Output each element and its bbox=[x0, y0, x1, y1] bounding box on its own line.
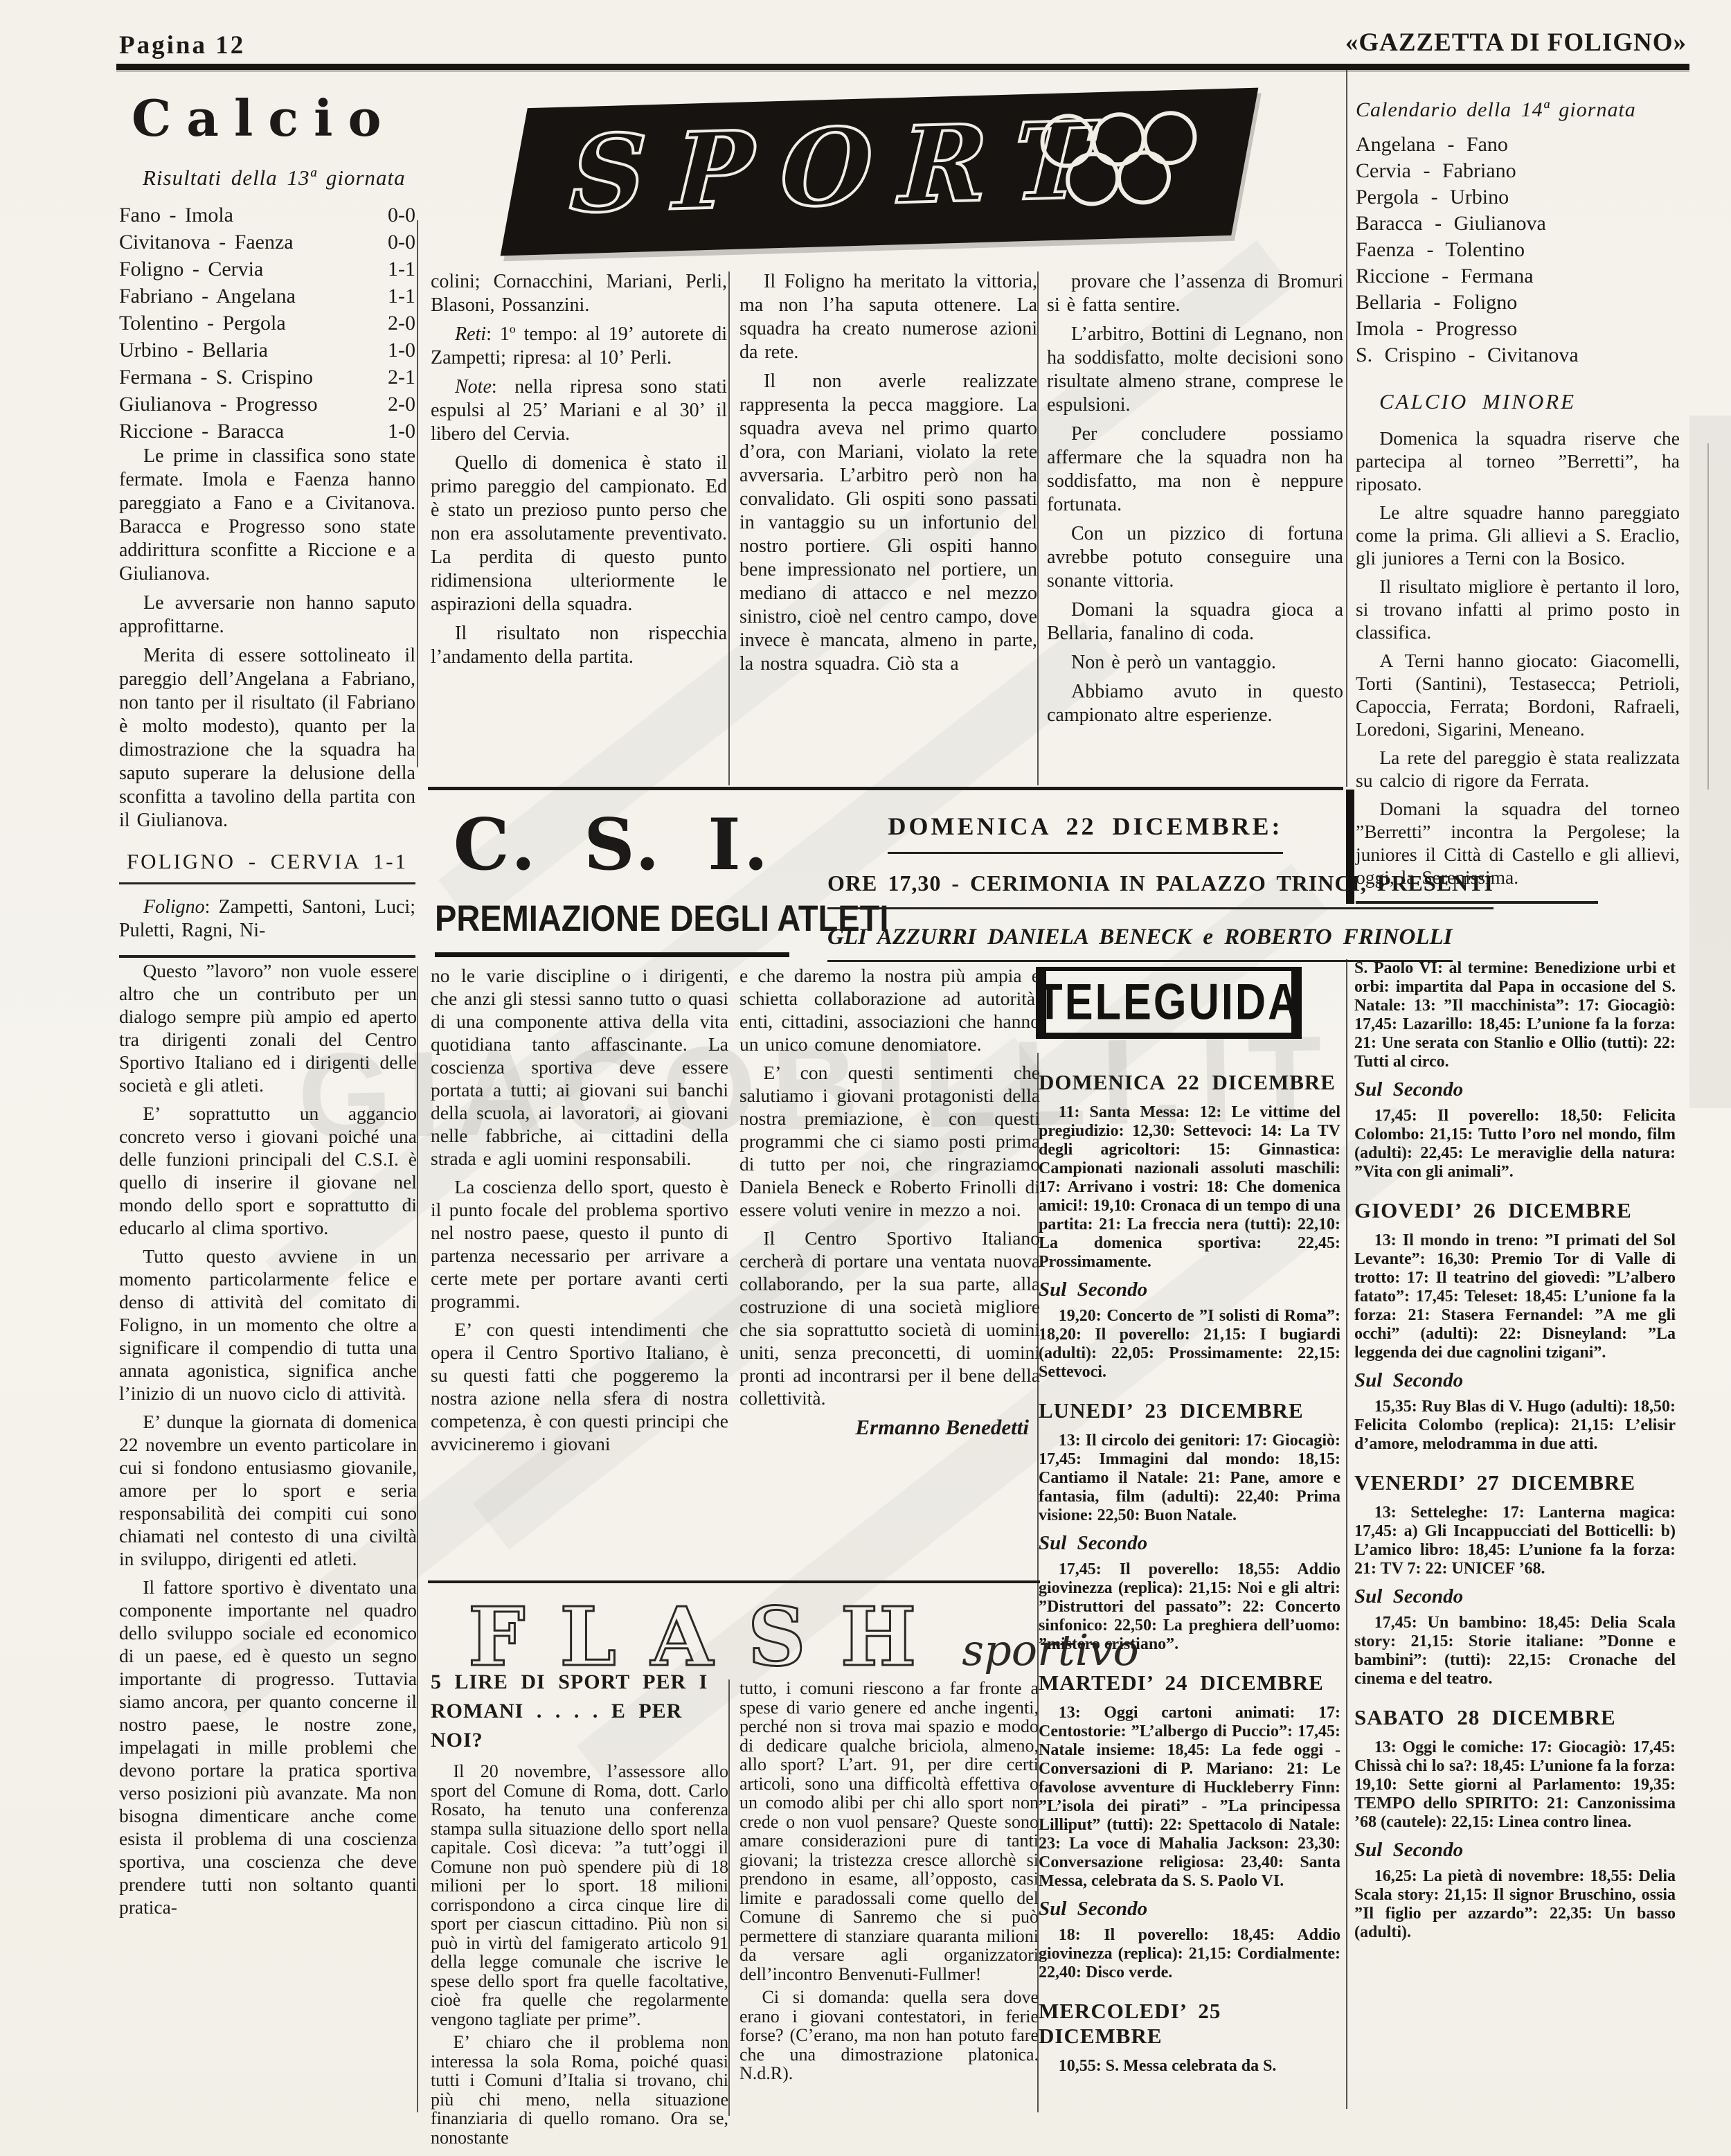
cal-match: Pergola - Urbino bbox=[1356, 184, 1680, 211]
paragraph: E’ chiaro che il problema non interessa … bbox=[431, 2033, 728, 2147]
csi-date-line: DOMENICA 22 DICEMBRE: bbox=[888, 812, 1282, 854]
column-divider bbox=[1037, 271, 1039, 785]
csi-guests-line: GLI AZZURRI DANIELA BENECK e ROBERTO FRI… bbox=[827, 925, 1453, 962]
column-divider bbox=[728, 271, 730, 785]
teleguida-block: Sul Secondo bbox=[1354, 1078, 1676, 1101]
teleguida-block: MERCOLEDI’ 25 DICEMBRE bbox=[1039, 1999, 1340, 2049]
olympic-ring-icon bbox=[1117, 150, 1172, 205]
paragraph: Note: nella ripresa sono stati espulsi a… bbox=[431, 375, 727, 446]
paragraph: Con un pizzico di fortuna avrebbe potuto… bbox=[1047, 522, 1343, 593]
csi-top-rule bbox=[428, 787, 1343, 790]
paragraph: Il risultato migliore è pertanto il loro… bbox=[1356, 575, 1680, 643]
result-score: 1-0 bbox=[388, 418, 415, 445]
column-divider bbox=[728, 1680, 730, 2116]
lineup-paragraph: Foligno: Zampetti, Santoni, Luci; Pulett… bbox=[119, 896, 415, 943]
cal-match: Cervia - Fabriano bbox=[1356, 158, 1680, 184]
calendario-paragraphs: Domenica la squadra riserve che partecip… bbox=[1356, 427, 1680, 889]
teleguida-block: 13: Oggi le comiche: 17: Giocagiò: 17,45… bbox=[1354, 1738, 1676, 1832]
teleguida-block: Sul Secondo bbox=[1354, 1839, 1676, 1862]
match-heading: FOLIGNO - CERVIA 1-1 bbox=[119, 849, 415, 884]
result-match: Riccione - Baracca bbox=[119, 418, 284, 445]
result-row: Civitanova - Faenza 0-0 bbox=[119, 229, 415, 256]
paragraph: E’ con questi sentimenti che salutiamo i… bbox=[739, 1061, 1040, 1221]
cal-match: Bellaria - Foligno bbox=[1356, 289, 1680, 316]
olympic-ring-icon bbox=[1066, 151, 1120, 206]
result-row: Foligno - Cervia 1-1 bbox=[119, 256, 415, 283]
teleguida-block: 19,20: Concerto de ”I solisti di Roma”: … bbox=[1039, 1307, 1340, 1382]
flash-paragraphs: tutto, i comuni riescono a far fronte a … bbox=[739, 1679, 1039, 2083]
calcio-title: Calcio bbox=[132, 89, 415, 148]
paragraph: Il risultato non rispecchia l’andamento … bbox=[431, 622, 727, 669]
report-column-3: Il Foligno ha meritato la vittoria, ma n… bbox=[739, 270, 1037, 681]
teleguida-block: MARTEDI’ 24 DICEMBRE bbox=[1039, 1671, 1340, 1695]
editorial-paragraphs: no le varie discipline o i dirigenti, ch… bbox=[431, 964, 728, 1455]
result-score: 1-1 bbox=[388, 256, 415, 283]
flash-top-rule bbox=[428, 1580, 1040, 1583]
note-label: Note bbox=[455, 376, 492, 398]
csi-subtitle: PREMIAZIONE DEGLI ATLETI bbox=[435, 897, 789, 940]
flash-column-b: tutto, i comuni riescono a far fronte a … bbox=[739, 1679, 1039, 2087]
result-match: Fano - Imola bbox=[119, 202, 233, 229]
teleguida-block: 18: Il poverello: 18,45: Addio giovinezz… bbox=[1039, 1926, 1340, 1982]
result-row: Riccione - Baracca 1-0 bbox=[119, 418, 415, 445]
editorial-column-2: no le varie discipline o i dirigenti, ch… bbox=[431, 964, 728, 1461]
paragraph: E’ dunque la giornata di domenica 22 nov… bbox=[119, 1410, 417, 1570]
results-list: Fano - Imola 0-0 Civitanova - Faenza 0-0… bbox=[119, 202, 415, 445]
editorial-paragraphs: Questo ”lavoro” non vuole essere altro c… bbox=[119, 959, 417, 1918]
page-number: Pagina 12 bbox=[119, 30, 245, 60]
result-match: Giulianova - Progresso bbox=[119, 391, 318, 418]
paragraph: Quello di domenica è stato il primo pare… bbox=[431, 452, 727, 616]
result-match: Fabriano - Angelana bbox=[119, 283, 296, 310]
flash-column-a: 5 LIRE DI SPORT PER I ROMANI . . . . E P… bbox=[431, 1668, 728, 2151]
csi-announcement: DOMENICA 22 DICEMBRE: ORE 17,30 - CERIMO… bbox=[827, 812, 1343, 962]
teleguida-block: SABATO 28 DICEMBRE bbox=[1354, 1705, 1676, 1730]
paragraph: Non è però un vantaggio. bbox=[1047, 651, 1343, 675]
scan-crease bbox=[1689, 416, 1731, 1108]
result-row: Fabriano - Angelana 1-1 bbox=[119, 283, 415, 310]
teleguida-block: DOMENICA 22 DICEMBRE bbox=[1039, 1070, 1340, 1095]
teleguida-block: VENERDI’ 27 DICEMBRE bbox=[1354, 1470, 1676, 1495]
paragraph: Le prime in classifica sono state fermat… bbox=[119, 445, 415, 586]
teleguida-title: TELEGUIDA bbox=[1037, 972, 1300, 1031]
teleguida-block: Sul Secondo bbox=[1354, 1369, 1676, 1392]
result-score: 2-1 bbox=[388, 364, 415, 391]
editorial-column-1: Questo ”lavoro” non vuole essere altro c… bbox=[119, 959, 417, 1924]
teleguida-block: Sul Secondo bbox=[1039, 1279, 1340, 1301]
paragraph: provare che l’assenza di Bromuri si è fa… bbox=[1047, 270, 1343, 317]
teleguida-block: GIOVEDI’ 26 DICEMBRE bbox=[1354, 1198, 1676, 1223]
paragraph: Tutto questo avviene in un momento parti… bbox=[119, 1245, 417, 1405]
header-rule bbox=[116, 64, 1689, 70]
editorial-column-3: e che daremo la nostra più ampia e schie… bbox=[739, 964, 1040, 1440]
result-score: 1-1 bbox=[388, 283, 415, 310]
teleguida-block: LUNEDI’ 23 DICEMBRE bbox=[1039, 1398, 1340, 1423]
paragraph: Le altre squadre hanno pareggiato come l… bbox=[1356, 501, 1680, 569]
paragraph: Reti: 1º tempo: al 19’ autorete di Zampe… bbox=[431, 323, 727, 370]
paragraph: Domani la squadra gioca a Bellaria, fana… bbox=[1047, 598, 1343, 645]
paragraph: La rete del pareggio è stata realizzata … bbox=[1356, 746, 1680, 792]
teleguida-block: Sul Secondo bbox=[1354, 1585, 1676, 1608]
result-score: 0-0 bbox=[388, 229, 415, 256]
cal-match: Baracca - Giulianova bbox=[1356, 211, 1680, 237]
teleguida-block: 13: Il circolo dei genitori: 17: Giocagi… bbox=[1039, 1432, 1340, 1525]
paragraph: E’ con questi intendimenti che opera il … bbox=[431, 1318, 728, 1455]
result-row: Tolentino - Pergola 2-0 bbox=[119, 310, 415, 337]
calcio-column: Calcio Risultati della 13ª giornata Fano… bbox=[119, 89, 415, 958]
teleguida-block: 11: Santa Messa: 12: Le vittime del preg… bbox=[1039, 1103, 1340, 1272]
paragraph: L’arbitro, Bottini di Legnano, non ha so… bbox=[1047, 323, 1343, 417]
result-match: Urbino - Bellaria bbox=[119, 337, 268, 364]
calcio-minore-heading: CALCIO MINORE bbox=[1379, 389, 1680, 414]
teleguida-block: 17,45: Il poverello: 18,55: Addio giovin… bbox=[1039, 1560, 1340, 1654]
teleguida-block: 17,45: Un bambino: 18,45: Delia Scala st… bbox=[1354, 1614, 1676, 1689]
csi-heading-block: C. S. I. PREMIAZIONE DEGLI ATLETI bbox=[435, 803, 789, 957]
paragraph: Merita di essere sottolineato il pareggi… bbox=[119, 644, 415, 832]
newspaper-page: GIACOBILLI.IT Pagina 12 «GAZZETTA DI FOL… bbox=[0, 0, 1731, 2156]
lineup-label: Foligno bbox=[143, 896, 205, 918]
paragraph: La coscienza dello sport, questo è il pu… bbox=[431, 1175, 728, 1312]
results-heading: Risultati della 13ª giornata bbox=[143, 166, 415, 190]
paragraph: colini; Cornacchini, Mariani, Perli, Bla… bbox=[431, 270, 727, 317]
paragraph: Ci si domanda: quella sera dove erano i … bbox=[739, 1988, 1039, 2083]
result-match: Tolentino - Pergola bbox=[119, 310, 286, 337]
result-row: Fano - Imola 0-0 bbox=[119, 202, 415, 229]
cal-match: S. Crispino - Civitanova bbox=[1356, 342, 1680, 368]
column-divider bbox=[1346, 959, 1347, 2109]
paragraph: A Terni hanno giocato: Giacomelli, Torti… bbox=[1356, 649, 1680, 740]
reti-label: Reti bbox=[455, 323, 486, 345]
teleguida-block: S. Paolo VI: al termine: Benedizione urb… bbox=[1354, 959, 1676, 1071]
csi-ceremony-line: ORE 17,30 - CERIMONIA IN PALAZZO TRINCI,… bbox=[827, 871, 1494, 909]
calendario-column: Calendario della 14ª giornata Angelana -… bbox=[1356, 98, 1680, 904]
report-column-4: provare che l’assenza di Bromuri si è fa… bbox=[1047, 270, 1343, 733]
paragraph: Questo ”lavoro” non vuole essere altro c… bbox=[119, 959, 417, 1096]
teleguida-block: 13: Oggi cartoni animati: 17: Centostori… bbox=[1039, 1704, 1340, 1891]
result-score: 0-0 bbox=[388, 202, 415, 229]
paragraph: e che daremo la nostra più ampia e schie… bbox=[739, 964, 1040, 1055]
result-score: 2-0 bbox=[388, 391, 415, 418]
paragraph: E’ soprattutto un aggancio concreto vers… bbox=[119, 1102, 417, 1239]
teleguida-column-b: S. Paolo VI: al termine: Benedizione urb… bbox=[1354, 959, 1676, 1946]
paragraph: Il non averle realizzate rappresenta la … bbox=[739, 370, 1037, 676]
author-signature: Ermanno Benedetti bbox=[739, 1415, 1040, 1440]
cal-match: Imola - Progresso bbox=[1356, 316, 1680, 342]
report-paragraphs: provare che l’assenza di Bromuri si è fa… bbox=[1047, 270, 1343, 727]
csi-title: C. S. I. bbox=[435, 803, 789, 887]
result-score: 1-0 bbox=[388, 337, 415, 364]
editorial-paragraphs: e che daremo la nostra più ampia e schie… bbox=[739, 964, 1040, 1409]
paragraph: Il Foligno ha meritato la vittoria, ma n… bbox=[739, 270, 1037, 364]
teleguida-block: Sul Secondo bbox=[1039, 1532, 1340, 1555]
calcio-paragraphs: Le prime in classifica sono state fermat… bbox=[119, 445, 415, 832]
calendario-title: Calendario della 14ª giornata bbox=[1356, 98, 1680, 122]
page-crease-line bbox=[1707, 443, 1709, 790]
masthead: «GAZZETTA DI FOLIGNO» bbox=[1345, 28, 1687, 57]
teleguida-block: 10,55: S. Messa celebrata da S. bbox=[1039, 2057, 1340, 2076]
paragraph: Il 20 novembre, l’assessore allo sport d… bbox=[431, 1762, 728, 2029]
cal-match: Angelana - Fano bbox=[1356, 132, 1680, 158]
result-match: Foligno - Cervia bbox=[119, 256, 263, 283]
section-rule bbox=[119, 955, 415, 958]
paragraph: tutto, i comuni riescono a far fronte a … bbox=[739, 1679, 1039, 1984]
olympic-rings-icon bbox=[1040, 105, 1214, 221]
result-row: Fermana - S. Crispino 2-1 bbox=[119, 364, 415, 391]
teleguida-block: 15,35: Ruy Blas di V. Hugo (adulti): 18,… bbox=[1354, 1398, 1676, 1454]
flash-paragraphs: Il 20 novembre, l’assessore allo sport d… bbox=[431, 1762, 728, 2147]
result-row: Giulianova - Progresso 2-0 bbox=[119, 391, 415, 418]
paragraph: Abbiamo avuto in questo campionato altre… bbox=[1047, 680, 1343, 727]
cal-match: Faenza - Tolentino bbox=[1356, 237, 1680, 263]
paragraph: Per concludere possiamo affermare che la… bbox=[1047, 422, 1343, 517]
cal-match: Riccione - Fermana bbox=[1356, 263, 1680, 289]
result-match: Fermana - S. Crispino bbox=[119, 364, 313, 391]
column-divider bbox=[417, 220, 418, 767]
report-column-2: colini; Cornacchini, Mariani, Perli, Bla… bbox=[431, 270, 727, 675]
sport-banner-title: SPORT bbox=[568, 97, 1122, 236]
flash-banner: FLASH sportivo bbox=[443, 1590, 1039, 1672]
result-row: Urbino - Bellaria 1-0 bbox=[119, 337, 415, 364]
teleguida-block: Sul Secondo bbox=[1039, 1898, 1340, 1921]
paragraph: Il fattore sportivo è diventato una comp… bbox=[119, 1576, 417, 1918]
report-paragraphs: Il Foligno ha meritato la vittoria, ma n… bbox=[739, 270, 1037, 676]
column-divider bbox=[417, 966, 418, 2112]
result-match: Civitanova - Faenza bbox=[119, 229, 294, 256]
teleguida-block: 16,25: La pietà di novembre: 18,55: Deli… bbox=[1354, 1867, 1676, 1942]
flash-headline: 5 LIRE DI SPORT PER I ROMANI . . . . E P… bbox=[431, 1668, 728, 1755]
paragraph: Il Centro Sportivo Italiano cercherà di … bbox=[739, 1227, 1040, 1409]
teleguida-block: 13: Il mondo in treno: ”I primati del So… bbox=[1354, 1231, 1676, 1362]
teleguida-block: 17,45: Il poverello: 18,50: Felicita Col… bbox=[1354, 1107, 1676, 1182]
sport-banner: SPORT bbox=[501, 88, 1259, 256]
paragraph: no le varie discipline o i dirigenti, ch… bbox=[431, 964, 728, 1170]
column-divider bbox=[1346, 69, 1347, 787]
result-score: 2-0 bbox=[388, 310, 415, 337]
teleguida-block: 13: Setteleghe: 17: Lanterna magica: 17,… bbox=[1354, 1504, 1676, 1578]
paragraph: Domenica la squadra riserve che partecip… bbox=[1356, 427, 1680, 495]
paragraph: Le avversarie non hanno saputo approfitt… bbox=[119, 591, 415, 639]
teleguida-box: TELEGUIDA bbox=[1036, 967, 1302, 1039]
teleguida-column-a: DOMENICA 22 DICEMBRE11: Santa Messa: 12:… bbox=[1039, 1070, 1340, 2080]
calendario-list: Angelana - FanoCervia - FabrianoPergola … bbox=[1356, 132, 1680, 368]
